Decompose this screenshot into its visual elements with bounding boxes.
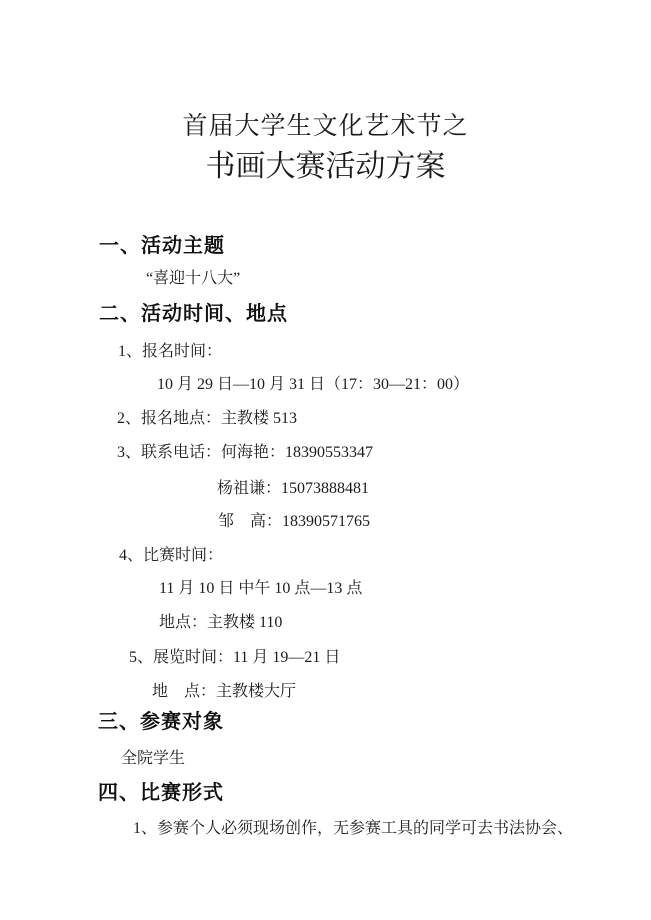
exhibition-place-line: 地 点：主教楼大厅 [152,684,296,700]
section-time-place-heading: 二、活动时间、地点 [99,304,288,324]
section-participants-heading: 三、参赛对象 [98,712,224,732]
section-format-heading: 四、比赛形式 [98,783,224,803]
document-title-line1: 首届大学生文化艺术节之 [0,114,651,139]
registration-place-line: 2、报名地点：主教楼 513 [117,411,297,427]
document-page: 首届大学生文化艺术节之 书画大赛活动方案 一、活动主题 “喜迎十八大” 二、活动… [0,0,651,920]
exhibition-time-line: 5、展览时间：11 月 19—21 日 [129,650,340,666]
section-theme-body: “喜迎十八大” [146,271,240,287]
section-participants-body: 全院学生 [121,751,185,767]
registration-time-detail: 10 月 29 日—10 月 31 日（17：30—21：00） [157,377,469,393]
document-title-line2: 书画大赛活动方案 [0,152,651,182]
competition-place-line: 地点：主教楼 110 [159,615,282,631]
contact-phone-line3: 邹 高：18390571765 [218,514,370,530]
section-format-item1: 1、参赛个人必须现场创作，无参赛工具的同学可去书法协会、 [133,821,573,837]
section-theme-heading: 一、活动主题 [99,236,225,256]
registration-time-label: 1、报名时间： [118,344,222,360]
contact-phone-line2: 杨祖谦：15073888481 [217,481,369,497]
competition-time-label: 4、比赛时间： [119,548,223,564]
contact-phone-line1: 3、联系电话：何海艳：18390553347 [117,445,373,461]
competition-time-detail: 11 月 10 日 中午 10 点—13 点 [159,581,362,597]
